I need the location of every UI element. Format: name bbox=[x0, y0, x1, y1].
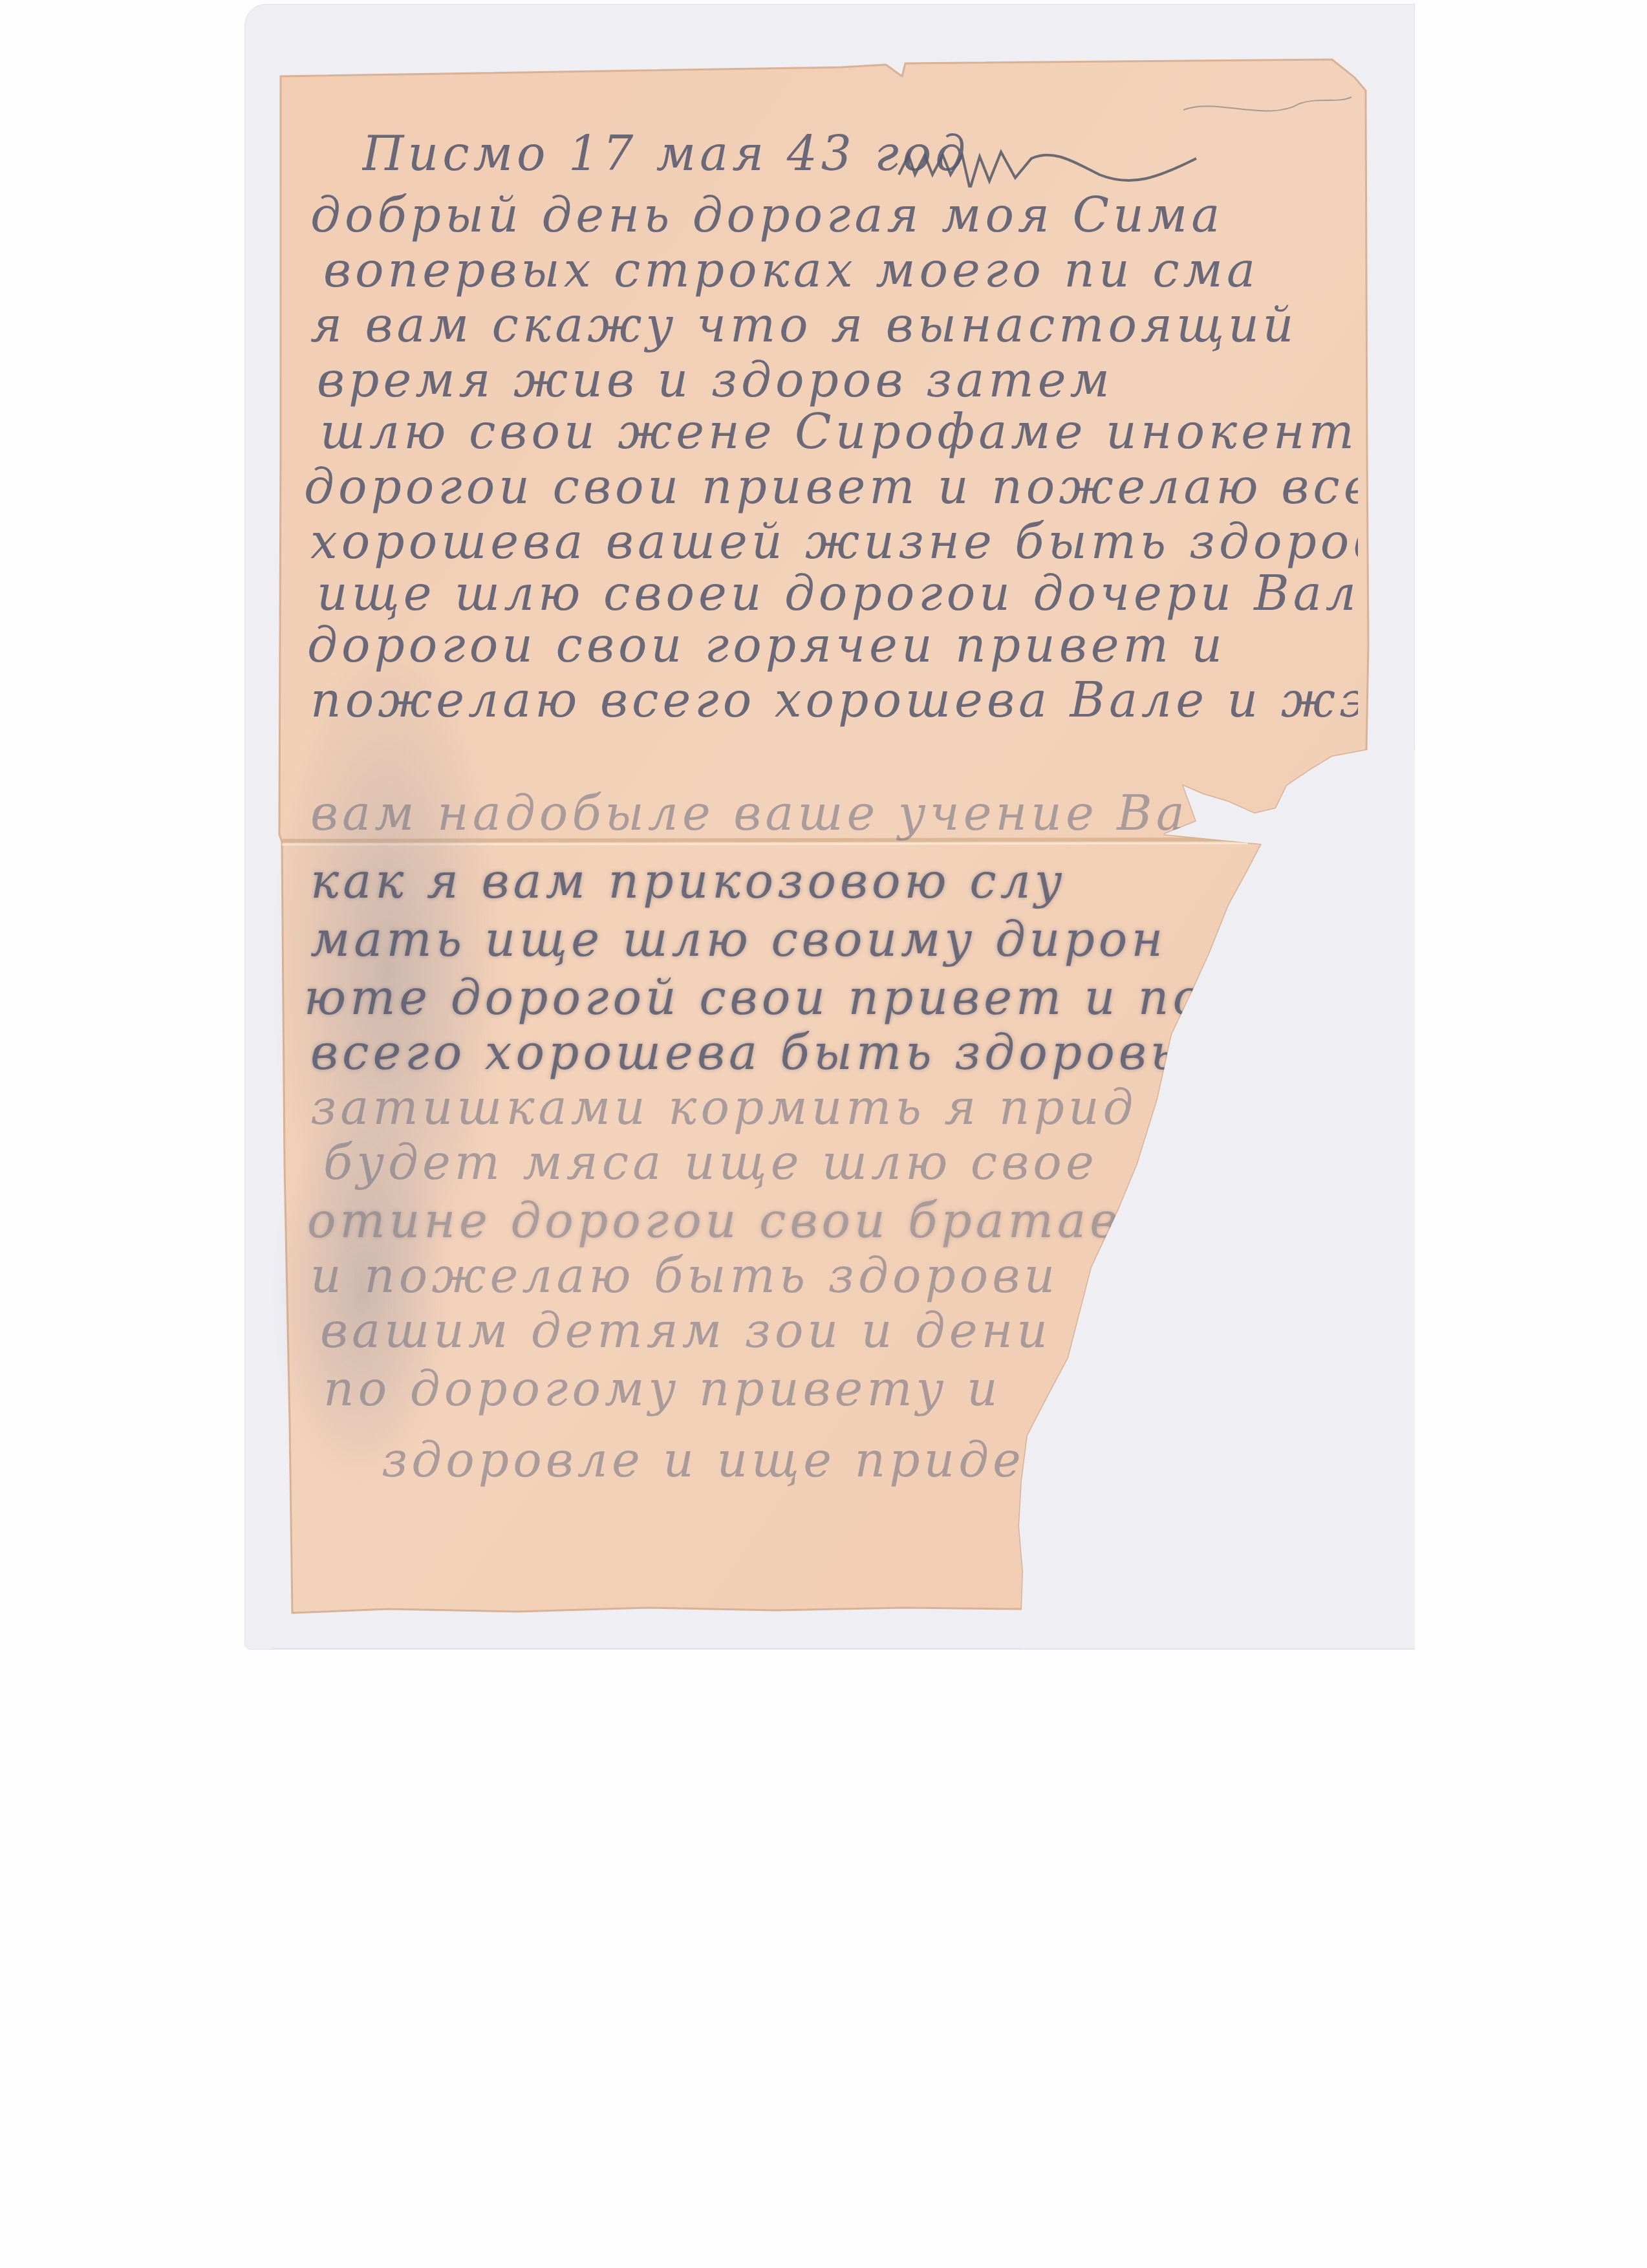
letter-line: мать ище шлю своиму дирон bbox=[310, 912, 1222, 967]
letter-line: пожелаю всего хорошева Вале и жэлаю bbox=[310, 673, 1358, 728]
letter-line: добрый день дорогая моя Сима bbox=[310, 188, 1358, 243]
letter-line: как я вам прикозовою слу bbox=[310, 854, 1254, 909]
letter-line: вашим детям зои и дени bbox=[320, 1303, 1086, 1359]
letter-line: ище шлю своеи дорогои дочери Вале bbox=[317, 566, 1358, 621]
letter-line: юте дорогой свои привет и пож bbox=[304, 970, 1196, 1026]
letter-line: вам надобыле ваше учение Вал bbox=[310, 786, 1358, 841]
letter-line: дорогои свои привет и пожелаю всего bbox=[304, 459, 1358, 515]
letter-line: затишками кормить я прид bbox=[310, 1080, 1151, 1136]
letter-line: здоровле и ище приде bbox=[382, 1432, 1028, 1488]
letter-line: шлю свои жене Сирофаме инокенти bbox=[320, 404, 1358, 460]
letter-line: и пожелаю быть здорови bbox=[310, 1248, 1106, 1304]
letter-line: по дорогому привету и bbox=[323, 1361, 1064, 1417]
letter-line: Писмо 17 мая 43 год bbox=[362, 126, 1358, 182]
letter-text: Писмо 17 мая 43 год добрый день дорогая … bbox=[0, 0, 1647, 2268]
letter-line: дорогои свои горячеи привет и bbox=[307, 618, 1358, 673]
letter-line: всего хорошева быть здоровым bbox=[310, 1025, 1167, 1081]
letter-line: время жив и здоров затем bbox=[317, 352, 1358, 408]
letter-line: будет мяса ище шлю свое bbox=[323, 1135, 1151, 1191]
letter-line: хорошева вашей жизне быть здорово bbox=[310, 514, 1358, 570]
letter-line: вопервых строках моего пи сма bbox=[323, 243, 1358, 298]
letter-line: отине дорогои свои братавск bbox=[307, 1193, 1132, 1249]
letter-line: я вам скажу что я вынастоящий bbox=[310, 297, 1358, 353]
